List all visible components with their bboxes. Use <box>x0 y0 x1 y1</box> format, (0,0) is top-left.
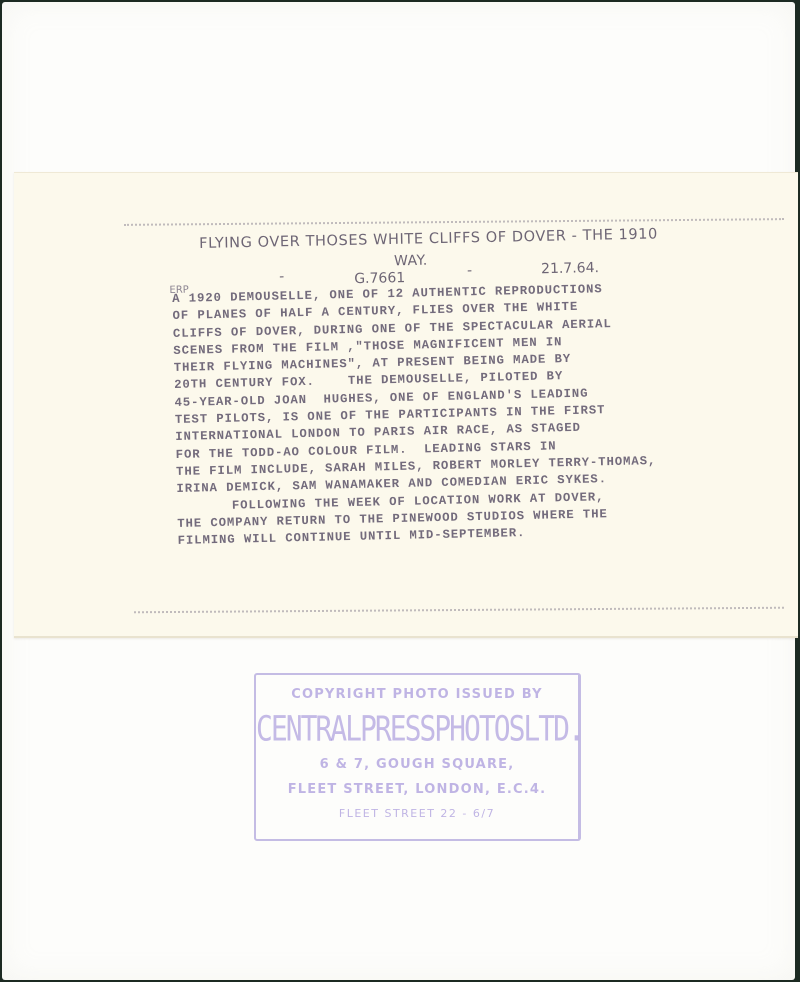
stamp-address-line1: 6 & 7, GOUGH SQUARE, <box>256 757 578 772</box>
stamp-address-line2: FLEET STREET, LONDON, E.C.4. <box>256 782 578 797</box>
photo-back-card: FLYING OVER THOSES WHITE CLIFFS OF DOVER… <box>2 2 795 980</box>
caption-headline: FLYING OVER THOSES WHITE CLIFFS OF DOVER… <box>199 225 658 253</box>
separator: - <box>467 263 472 279</box>
caption-body: A 1920 DEMOUSELLE, ONE OF 12 AUTHENTIC R… <box>172 277 778 550</box>
stamp-company-name: CENTRALPRESSPHOTOSLTD. <box>256 708 578 749</box>
reference-number: G.7661 <box>354 270 405 287</box>
stamp-phone: FLEET STREET 22 - 6/7 <box>256 807 578 820</box>
perforation-top <box>124 218 784 226</box>
stamp-copyright-line: COPYRIGHT PHOTO ISSUED BY <box>256 687 578 702</box>
caption-slip: FLYING OVER THOSES WHITE CLIFFS OF DOVER… <box>14 172 798 638</box>
caption-date: 21.7.64. <box>541 260 599 277</box>
copyright-stamp: COPYRIGHT PHOTO ISSUED BY CENTRALPRESSPH… <box>254 673 581 841</box>
separator: - <box>279 269 284 285</box>
perforation-bottom <box>134 607 784 614</box>
